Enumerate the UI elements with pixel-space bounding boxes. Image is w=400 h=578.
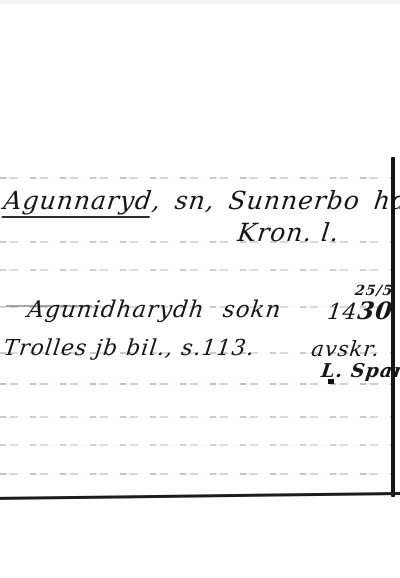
ruled-line: [0, 416, 394, 418]
headword-line: Agunnaryd, sn, Sunnerbo hd,: [2, 186, 400, 215]
ruled-line: [0, 444, 394, 446]
scan-top-strip: [0, 0, 400, 4]
ruled-line: [0, 473, 394, 475]
copy-note: avskr.: [310, 337, 381, 361]
scanned-index-card: Agunnaryd, sn, Sunnerbo hd, Kron. l. 25/…: [0, 0, 400, 578]
year-first-digits: 14: [326, 300, 359, 325]
source-reference: Trolles jb bil., s.113.: [2, 336, 256, 361]
headword-rest: , sn, Sunnerbo hd,: [150, 186, 400, 215]
headword: Agunnaryd: [2, 186, 154, 218]
ink-speck: [328, 379, 334, 384]
ruled-line: [0, 177, 394, 179]
attestation-term: sokn: [221, 297, 283, 323]
attestation-line: Agunidharydh sokn: [26, 297, 283, 323]
year-second-digits: 30: [356, 296, 395, 325]
ruled-line: [0, 383, 394, 385]
ruled-line: [0, 269, 394, 271]
county-line: Kron. l.: [236, 218, 341, 247]
card-bottom-edge-line: [0, 492, 400, 500]
attested-form: Agunidharydh: [26, 297, 206, 323]
attestation-year: 1430: [326, 296, 395, 325]
card-right-edge-line: [391, 157, 395, 497]
